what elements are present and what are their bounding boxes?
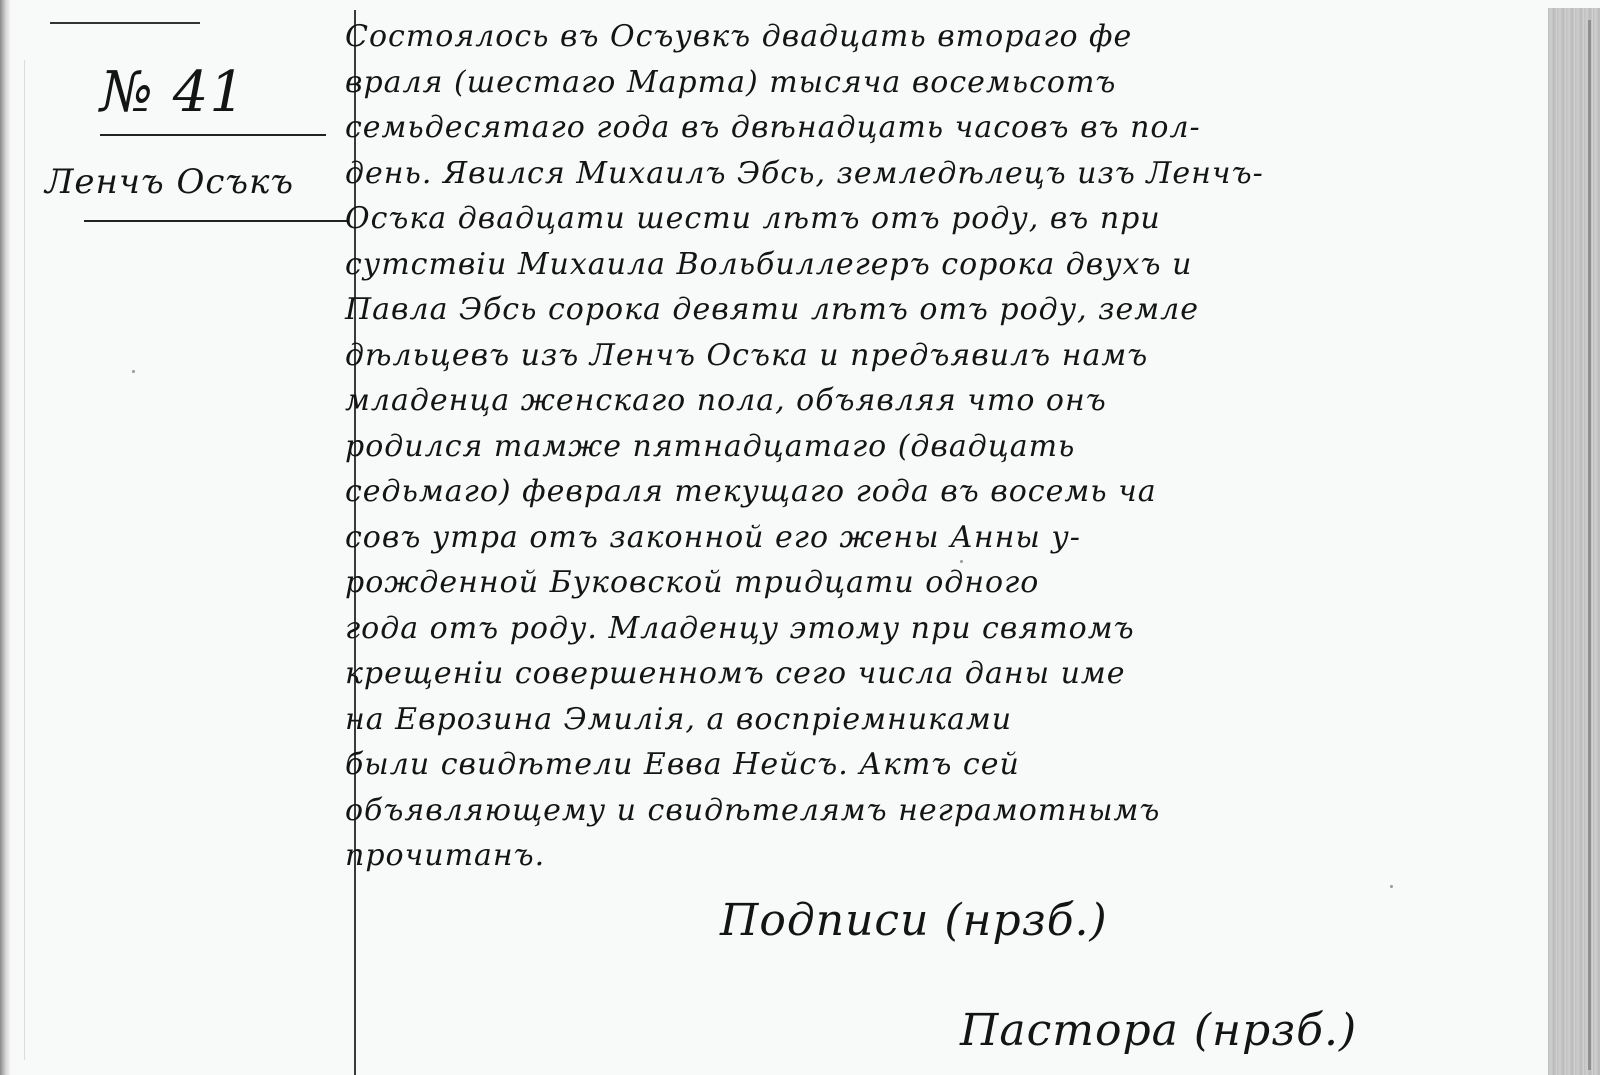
body-line-16: на Еврозина Эмилія, а воспріемниками <box>345 697 1505 743</box>
body-line-12: совъ утра отъ законной его жены Анны у- <box>345 515 1505 561</box>
binding-fold-line <box>1588 20 1591 1070</box>
faint-ruling-line <box>24 60 25 1060</box>
signature-1: Подписи (нрзб.) <box>720 895 1108 946</box>
body-line-1: Состоялось въ Осъувкъ двадцать втораго ф… <box>345 14 1505 60</box>
body-line-5: Осъка двадцати шести лѣтъ отъ роду, въ п… <box>345 196 1505 242</box>
body-line-6: сутствіи Михаила Вольбиллегеръ сорока дв… <box>345 242 1505 288</box>
record-body: Состоялось въ Осъувкъ двадцать втораго ф… <box>345 14 1505 879</box>
top-rule-line <box>50 22 200 24</box>
body-line-7: Павла Эбсь сорока девяти лѣтъ отъ роду, … <box>345 287 1505 333</box>
body-line-10: родился тамже пятнадцатаго (двадцать <box>345 424 1505 470</box>
paper-speck <box>132 370 135 373</box>
body-line-15: крещеніи совершенномъ сего числа даны им… <box>345 651 1505 697</box>
body-line-11: седьмаго) февраля текущаго года въ восем… <box>345 469 1505 515</box>
body-line-13: рожденной Буковской тридцати одного <box>345 560 1505 606</box>
paper-speck <box>1390 885 1393 888</box>
body-line-3: семьдесятаго года въ двѣнадцать часовъ в… <box>345 105 1505 151</box>
place-underline <box>84 220 349 222</box>
entry-number-underline <box>100 134 326 136</box>
page-binding-gutter <box>1548 8 1600 1075</box>
body-line-18: объявляющему и свидѣтелямъ неграмотнымъ <box>345 788 1505 834</box>
body-line-8: дѣльцевъ изъ Ленчъ Осъка и предъявилъ на… <box>345 333 1505 379</box>
page-left-edge-shadow <box>0 0 10 1075</box>
entry-number: № 41 <box>100 60 246 125</box>
paper-speck <box>960 560 963 563</box>
body-line-17: были свидѣтели Евва Нейсъ. Актъ сей <box>345 742 1505 788</box>
body-line-19: прочитанъ. <box>345 833 1505 879</box>
body-line-4: день. Явился Михаилъ Эбсь, земледѣлецъ и… <box>345 151 1505 197</box>
body-line-9: младенца женскаго пола, объявляя что онъ <box>345 378 1505 424</box>
body-line-2: враля (шестаго Марта) тысяча восемьсотъ <box>345 60 1505 106</box>
margin-place-name: Ленчъ Осъкъ <box>45 162 294 202</box>
document-page: № 41 Ленчъ Осъкъ Состоялось въ Осъувкъ д… <box>0 0 1600 1075</box>
signature-2-pastor: Пастора (нрзб.) <box>960 1005 1357 1056</box>
body-line-14: года отъ роду. Младенцу этому при святом… <box>345 606 1505 652</box>
